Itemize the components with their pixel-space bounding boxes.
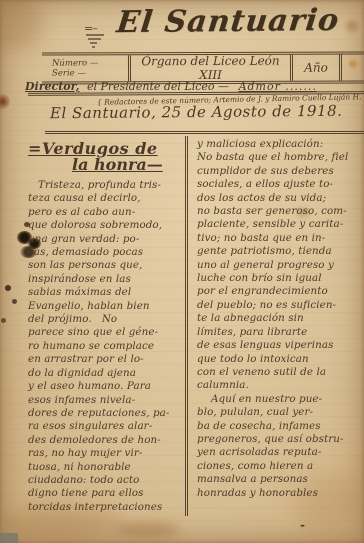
ink-spot	[5, 285, 11, 291]
article-heading: la honra—	[72, 155, 180, 174]
article-body: Tristeza, profunda tris- teza causa el d…	[28, 179, 180, 514]
organo-label: Órgano del Liceo León XIII	[131, 55, 290, 82]
numero-label: Número —	[52, 58, 128, 68]
article-body: y maliciosa explicación: No basta que el…	[197, 138, 359, 393]
ink-spot	[1, 318, 6, 323]
dateline: El Santuario, 25 de Agosto de 1918.	[50, 102, 342, 123]
newspaper-title: El Santuario	[94, 3, 362, 41]
manuscript-page: =– El Santuario Número — Serie — Órgano …	[0, 0, 364, 543]
left-column: =Verdugos de la honra— Tristeza, profund…	[28, 139, 180, 514]
ano-label: Año	[293, 55, 339, 81]
right-column: y maliciosa explicación: No basta que el…	[197, 138, 359, 500]
ink-spot	[12, 299, 17, 304]
horizontal-rule	[45, 131, 364, 134]
band-end-cell	[342, 54, 364, 80]
scan-edge-artifact	[0, 533, 18, 543]
paper-stain	[0, 0, 43, 50]
article-body: Aquí en nuestro pue- blo, pululan, cual …	[197, 393, 359, 500]
stray-pen-mark: -	[300, 518, 305, 532]
serie-label: Serie —	[52, 68, 128, 78]
issue-fields: Número — Serie —	[42, 55, 128, 81]
paper-stain	[115, 522, 180, 538]
column-divider	[185, 136, 188, 516]
paper-stain	[0, 93, 10, 110]
director-label: Director,	[25, 80, 79, 93]
pennant-icon	[84, 33, 106, 54]
